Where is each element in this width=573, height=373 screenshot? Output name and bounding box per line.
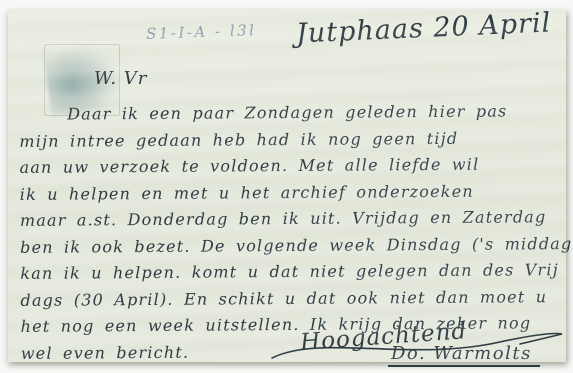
handwriting-line: ben ik ook bezet. De volgende week Dinsd…: [20, 231, 560, 261]
handwriting-line: kan ik u helpen. komt u dat niet gelegen…: [20, 257, 560, 287]
handwriting-line: aan uw verzoek te voldoen. Met alle lief…: [19, 151, 559, 181]
handwriting-line: maar a.st. Donderdag ben ik uit. Vrijdag…: [20, 204, 560, 234]
postcard-paper: S1-I-A - l3l Jutphaas 20 April W. Vr Daa…: [8, 10, 566, 362]
handwriting-line: dags (30 April). En schikt u dat ook nie…: [20, 284, 560, 314]
archival-pencil-mark: S1-I-A - l3l: [146, 21, 257, 43]
signature: Do. Warmolts: [388, 343, 540, 367]
handwriting-line: ik u helpen en met u het archief onderzo…: [20, 178, 560, 208]
dateline: Jutphaas 20 April: [295, 7, 551, 49]
handwriting-line: het nog een week uitstellen. Ik krijg da…: [21, 310, 561, 340]
letter-body: Daar ik een paar Zondagen geleden hier p…: [19, 98, 561, 367]
scanned-postcard: S1-I-A - l3l Jutphaas 20 April W. Vr Daa…: [0, 0, 573, 373]
salutation: W. Vr: [94, 68, 147, 89]
handwriting-line: Daar ik een paar Zondagen geleden hier p…: [19, 98, 559, 128]
handwriting-line: mijn intree gedaan heb had ik nog geen t…: [19, 125, 559, 155]
